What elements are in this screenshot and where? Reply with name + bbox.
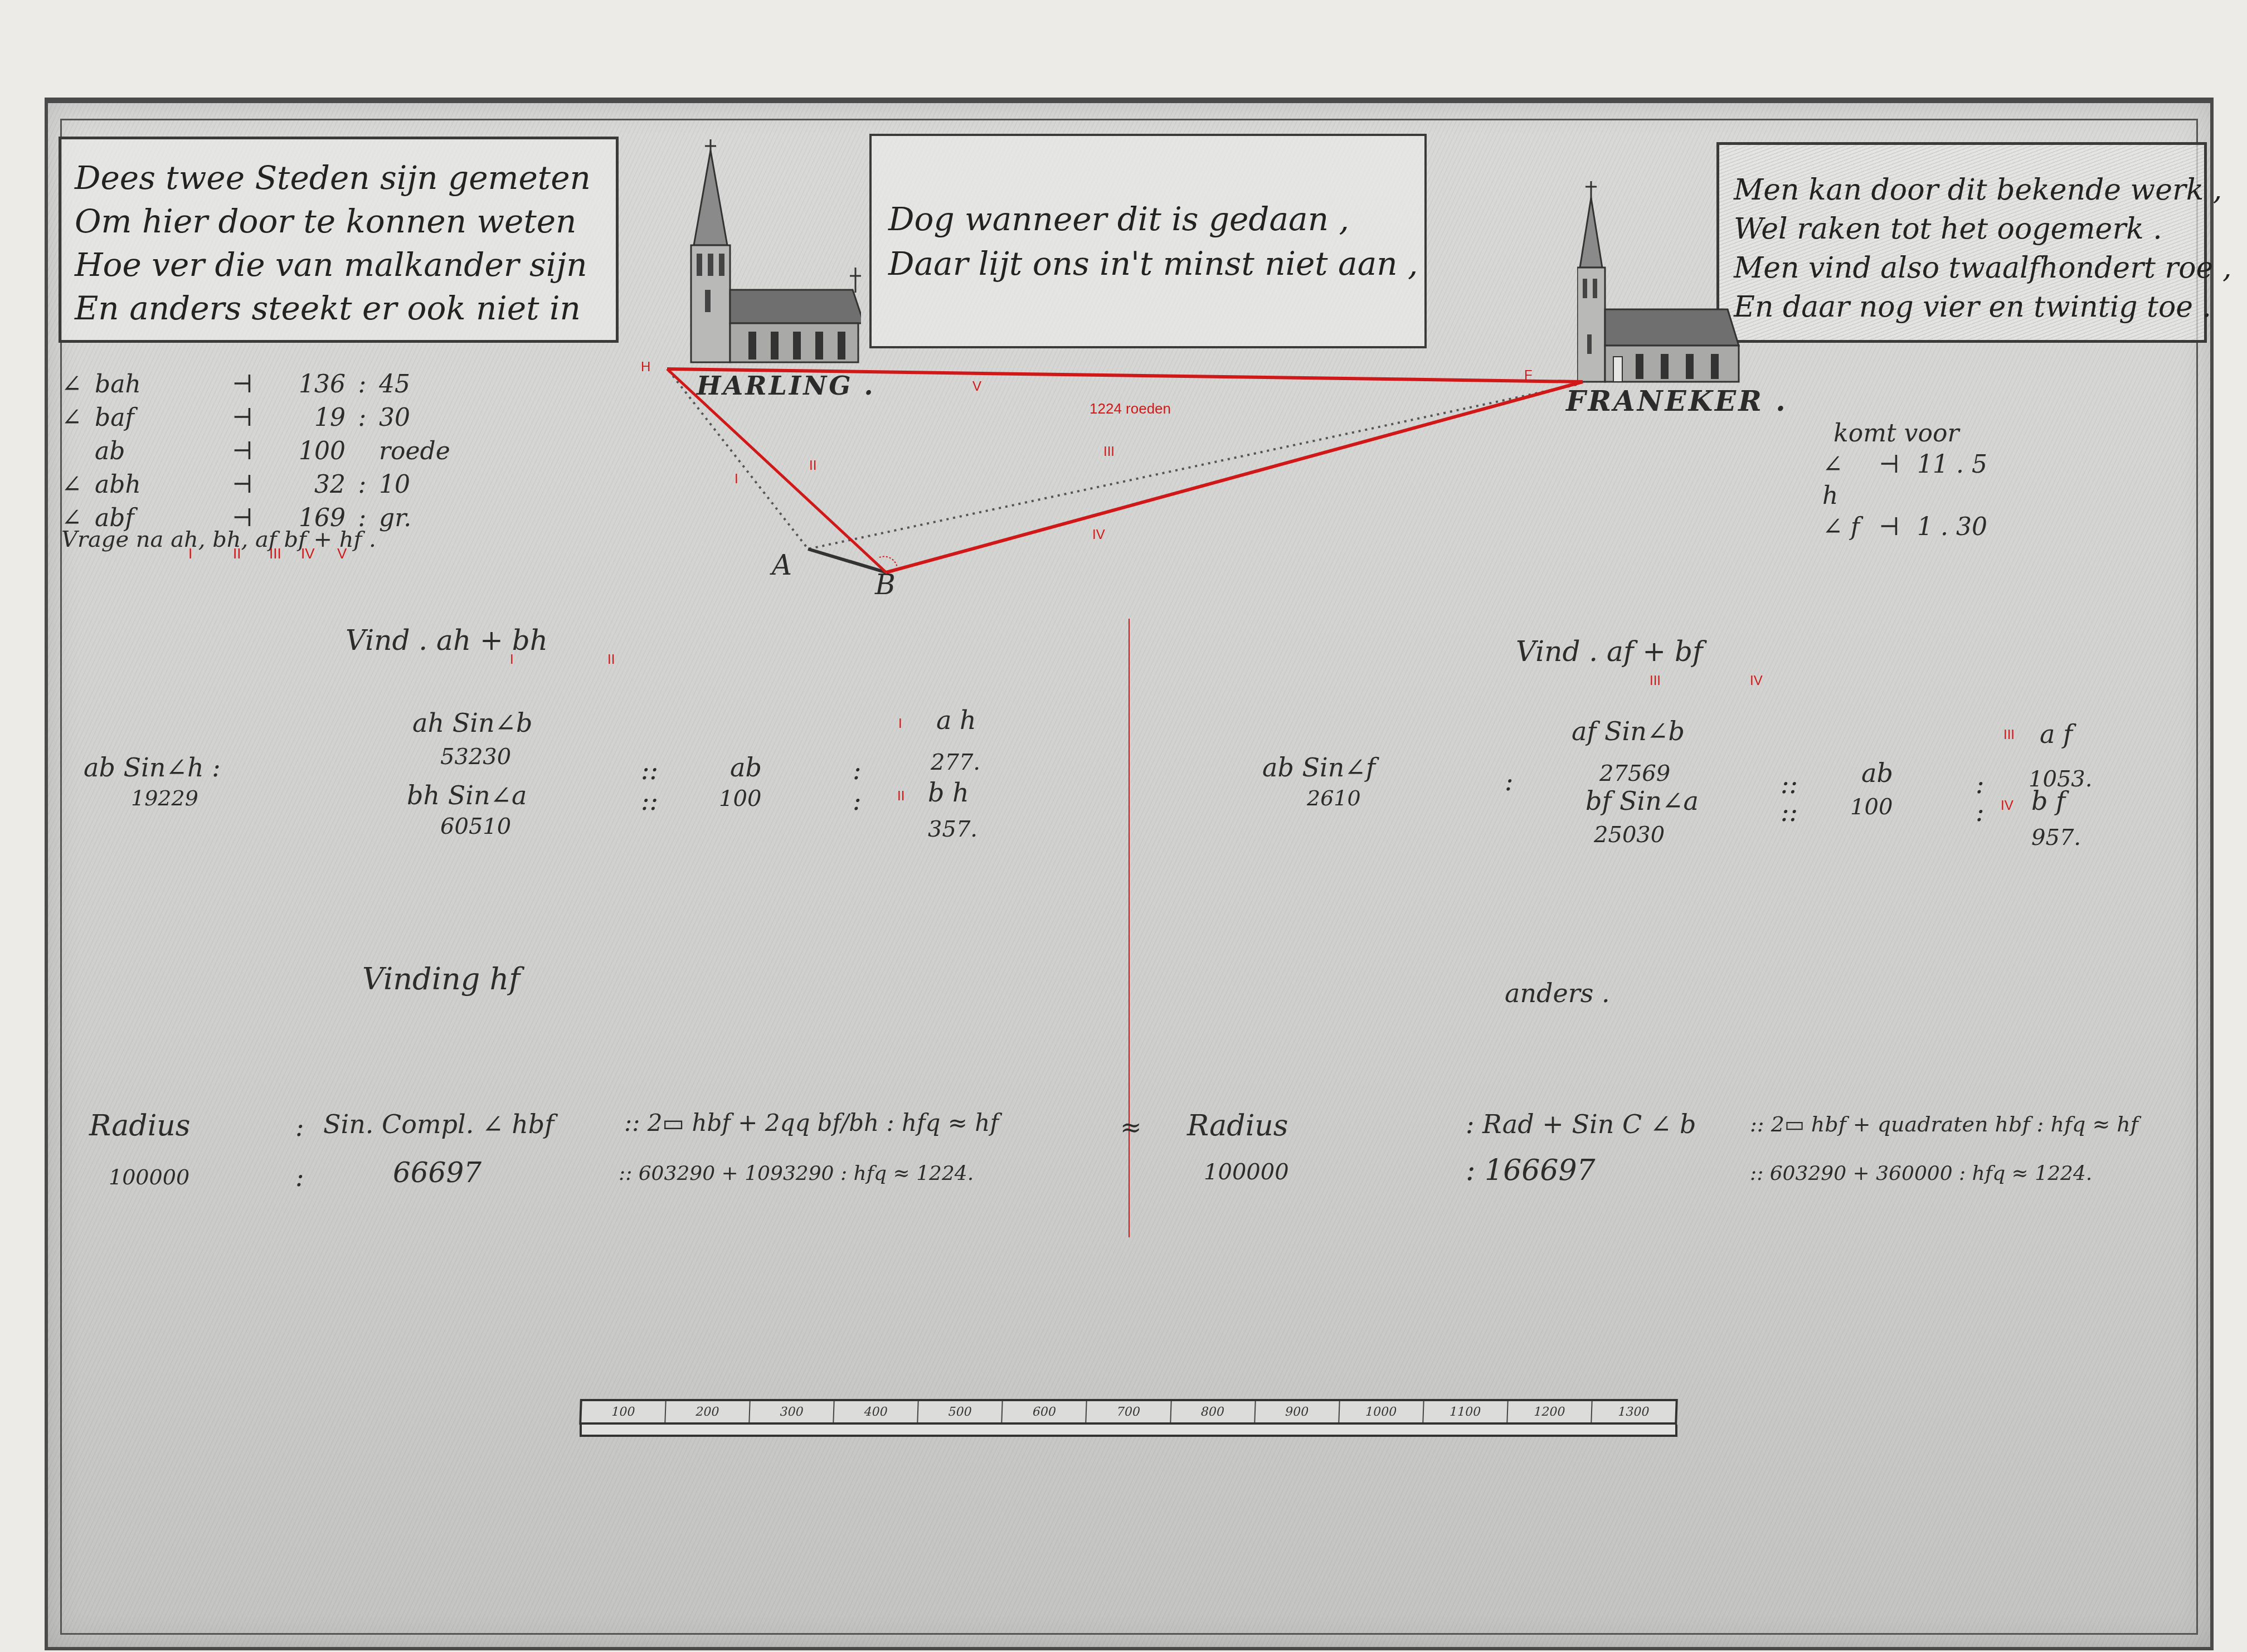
- scale-tick: 1200: [1507, 1401, 1592, 1422]
- scale-bar: 100 200 300 400 500 600 700 800 900 1000…: [580, 1399, 1677, 1439]
- heading-mark: II: [607, 652, 615, 668]
- ratio-sep: ::: [641, 786, 658, 816]
- givens-row: ∠bah⊣136:45: [61, 368, 451, 401]
- formula-left-radius-value: 100000: [109, 1165, 189, 1189]
- calc-left-result1-value: 277.: [931, 750, 980, 775]
- givens-name: abh: [95, 468, 212, 502]
- result-mark: I: [898, 716, 902, 732]
- angle-name: ∠ h: [1822, 449, 1861, 512]
- scale-bar-base: [580, 1425, 1677, 1437]
- angle-icon: [61, 435, 95, 468]
- equals-sign: ⊣: [212, 435, 273, 468]
- colon: :: [1505, 766, 1514, 796]
- point-label-b: B: [875, 569, 896, 601]
- equals-sign: ⊣: [212, 401, 273, 435]
- result-mark: II: [897, 789, 904, 804]
- ratio-sep: ::: [641, 755, 658, 785]
- heading-mark: III: [1650, 673, 1661, 689]
- scale-tick: 1300: [1592, 1401, 1675, 1422]
- angle-value: 11 . 5: [1917, 449, 1995, 512]
- distance-label: 1224 roeden: [1090, 400, 1171, 417]
- formula-right-radius-value: 100000: [1204, 1159, 1289, 1185]
- heading-mark: I: [510, 652, 514, 668]
- formula-left-sin-value: 66697: [393, 1157, 481, 1189]
- formula-left-ratio: :: 2▭ hbf + 2qq bf/bh : hfq ≈ hf: [624, 1109, 999, 1136]
- question-text: Vrage na ah, bh, af bf + hf .: [61, 527, 376, 552]
- givens-minutes: 10: [379, 468, 451, 502]
- formula-right-radius: Radius: [1187, 1109, 1288, 1143]
- roman-label: IV: [301, 545, 315, 562]
- calc-left-lhs-value: 19229: [131, 786, 198, 810]
- equals-sign: ⊣: [1861, 512, 1917, 543]
- center-divider-line: [1129, 619, 1130, 1237]
- calc-left-result2-label: b h: [928, 778, 969, 808]
- heading-mark: IV: [1750, 673, 1763, 689]
- calc-left-result1-label: a h: [936, 705, 976, 735]
- calc-left-top-label: ah Sin∠b: [412, 708, 533, 738]
- point-label-h: H: [641, 359, 650, 375]
- side-label-iv: IV: [1092, 527, 1105, 543]
- calc-right-bottom-label: bf Sin∠a: [1585, 786, 1699, 816]
- calc-left-bottom-value: 60510: [440, 814, 511, 839]
- side-label-iii: III: [1103, 444, 1115, 460]
- givens-name: bah: [95, 368, 212, 401]
- calc-right-top-value: 27569: [1599, 761, 1670, 786]
- calc-right-result1-label: a f: [2040, 719, 2073, 749]
- calc-left-heading: Vind . ah + bh: [346, 624, 548, 657]
- colon: :: [853, 786, 862, 816]
- givens-row: ab⊣100roede: [61, 435, 451, 468]
- ratio-sep: ::: [1781, 797, 1798, 827]
- formula-right-sin-value: : 166697: [1466, 1154, 1596, 1187]
- givens-row: ∠abh⊣32:10: [61, 468, 451, 502]
- calc-right-lhs-label: ab Sin∠f: [1262, 752, 1375, 783]
- formula-left-radius: Radius: [89, 1109, 190, 1143]
- calc-right-result2-label: b f: [2031, 786, 2065, 816]
- givens-degrees: 19: [273, 401, 346, 435]
- equals-sign: ⊣: [212, 368, 273, 401]
- calc-left-top-value: 53230: [440, 744, 511, 770]
- givens-table: ∠bah⊣136:45 ∠baf⊣19:30 ab⊣100roede ∠abh⊣…: [61, 368, 451, 535]
- result-angles: komt voor ∠ h⊣11 . 5 ∠ f⊣1 . 30: [1822, 418, 1995, 543]
- anders-heading: anders .: [1505, 978, 1610, 1008]
- scale-tick: 800: [1171, 1401, 1256, 1422]
- calc-left-ab-label: ab: [730, 752, 762, 783]
- side-label-ii: II: [809, 458, 816, 474]
- scale-tick: 700: [1087, 1401, 1171, 1422]
- calc-right-result2-value: 957.: [2031, 825, 2081, 851]
- roman-label: III: [269, 545, 281, 562]
- calc-left-lhs-label: ab Sin∠h :: [84, 752, 221, 783]
- vinding-heading: Vinding hf: [362, 961, 520, 997]
- calc-left-ab-value: 100: [719, 786, 761, 812]
- angle-name: ∠ f: [1822, 512, 1861, 543]
- equals-sign: ⊣: [1861, 449, 1917, 512]
- equals-sign: ⊣: [212, 468, 273, 502]
- point-label-f: F: [1524, 368, 1533, 383]
- givens-minutes: gr.: [379, 502, 451, 535]
- point-label-a: A: [772, 549, 792, 581]
- calc-left-result2-value: 357.: [928, 817, 977, 842]
- result-mark: III: [2003, 727, 2015, 743]
- colon: :: [1976, 797, 1985, 827]
- result-mark: IV: [2001, 798, 2013, 814]
- formula-left-result: :: 603290 + 1093290 : hfq ≈ 1224.: [619, 1162, 974, 1185]
- scale-tick: 300: [750, 1401, 834, 1422]
- calc-left-bottom-label: bh Sin∠a: [407, 780, 527, 810]
- komt-row: ∠ f⊣1 . 30: [1822, 512, 1995, 543]
- givens-name: baf: [95, 401, 212, 435]
- colon: :: [853, 755, 862, 785]
- angle-value: 1 . 30: [1917, 512, 1995, 543]
- givens-degrees: 32: [273, 468, 346, 502]
- givens-degrees: 136: [273, 368, 346, 401]
- side-label-v: V: [972, 379, 981, 395]
- roman-label: II: [233, 545, 241, 562]
- scale-tick: 400: [834, 1401, 919, 1422]
- formula-left-colon: :: [295, 1162, 304, 1192]
- givens-minutes: 45: [379, 368, 451, 401]
- ratio-sep: ::: [1781, 769, 1798, 799]
- givens-sep: :: [346, 401, 379, 435]
- calc-right-ab-label: ab: [1861, 758, 1893, 788]
- scale-tick: 900: [1255, 1401, 1340, 1422]
- angle-icon: ∠: [61, 468, 95, 502]
- givens-row: ∠baf⊣19:30: [61, 401, 451, 435]
- formula-left-approx: ≈: [1120, 1112, 1142, 1142]
- angle-icon: ∠: [61, 401, 95, 435]
- calc-right-lhs-value: 2610: [1307, 786, 1361, 810]
- calc-right-heading: Vind . af + bf: [1516, 635, 1703, 668]
- calc-right-bottom-value: 25030: [1594, 822, 1665, 848]
- formula-left-sin-compl: Sin. Compl. ∠ hbf: [323, 1109, 554, 1139]
- scale-tick: 500: [918, 1401, 1003, 1422]
- givens-sep: :: [346, 468, 379, 502]
- formula-right-result: :: 603290 + 360000 : hfq ≈ 1224.: [1750, 1162, 2092, 1185]
- scale-tick: 600: [1003, 1401, 1087, 1422]
- calc-right-top-label: af Sin∠b: [1572, 716, 1685, 746]
- scale-bar-top: 100 200 300 400 500 600 700 800 900 1000…: [579, 1399, 1678, 1425]
- scale-tick: 1000: [1339, 1401, 1424, 1422]
- roman-label: V: [337, 545, 347, 562]
- formula-right-ratio: :: 2▭ hbf + quadraten hbf : hfq ≈ hf: [1750, 1112, 2138, 1136]
- calc-right-ab-value: 100: [1850, 794, 1893, 820]
- givens-sep: [346, 435, 379, 468]
- roman-label: I: [188, 545, 192, 562]
- formula-left-colon: :: [295, 1112, 304, 1142]
- colon: :: [1976, 769, 1985, 799]
- side-label-i: I: [735, 472, 738, 487]
- scale-tick: 1100: [1423, 1401, 1508, 1422]
- scale-tick: 200: [665, 1401, 750, 1422]
- formula-right-rad-sin: : Rad + Sin C ∠ b: [1466, 1109, 1696, 1139]
- angle-icon: ∠: [61, 368, 95, 401]
- scale-tick: 100: [581, 1401, 666, 1422]
- givens-minutes: roede: [379, 435, 451, 468]
- givens-name: ab: [95, 435, 212, 468]
- givens-degrees: 100: [273, 435, 346, 468]
- komt-voor-title: komt voor: [1822, 418, 1995, 449]
- givens-sep: :: [346, 368, 379, 401]
- komt-row: ∠ h⊣11 . 5: [1822, 449, 1995, 512]
- givens-minutes: 30: [379, 401, 451, 435]
